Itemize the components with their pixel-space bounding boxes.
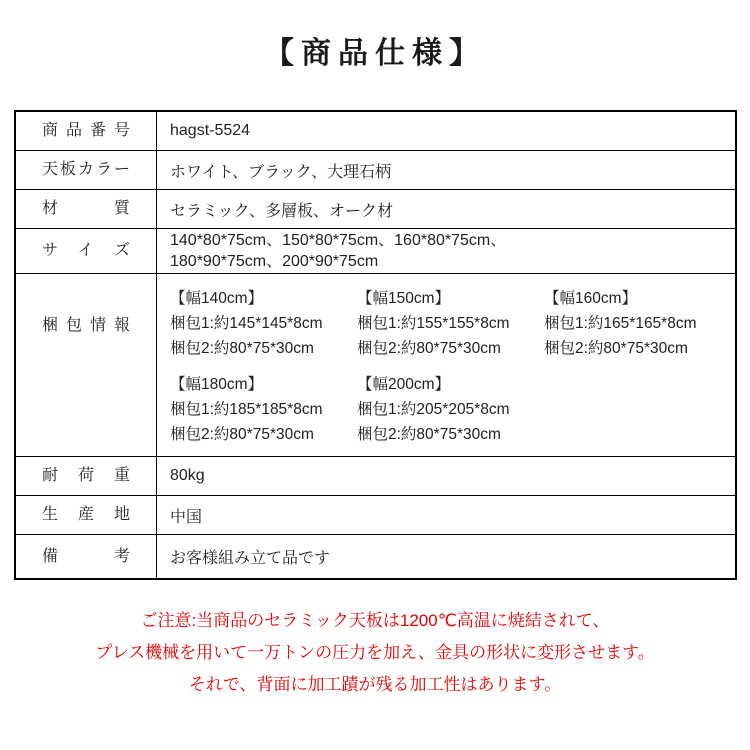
row-label-load-capacity: 耐荷重 bbox=[42, 466, 130, 486]
row-label-material: 材質 bbox=[42, 199, 130, 219]
caution-line-3: それで、背面に加工蹟が残る加工性はあります。 bbox=[0, 669, 750, 701]
packing-line-1: 梱包1:約165*165*8cm bbox=[544, 311, 731, 336]
remarks-value: お客様組み立て品です bbox=[170, 545, 735, 568]
item-number-value: hagst-5524 bbox=[170, 122, 735, 140]
table-row-origin: 生産地 中国 bbox=[16, 496, 735, 535]
table-row-item-number: 商品番号 hagst-5524 bbox=[16, 112, 735, 151]
packing-block-140: 【幅140cm】 梱包1:約145*145*8cm 梱包2:約80*75*30c… bbox=[170, 286, 357, 361]
row-label-cell: 商品番号 bbox=[16, 112, 157, 150]
page-title: 【商品仕様】 bbox=[0, 0, 750, 72]
row-label-size: サイズ bbox=[42, 241, 130, 261]
size-value-line-2: 180*90*75cm、200*90*75cm bbox=[170, 251, 735, 272]
table-row-material: 材質 セラミック、多層板、オーク材 bbox=[16, 190, 735, 229]
row-label-top-color: 天板カラー bbox=[42, 160, 130, 180]
material-value: セラミック、多層板、オーク材 bbox=[170, 198, 735, 221]
origin-value: 中国 bbox=[170, 504, 735, 527]
packing-line-2: 梱包2:約80*75*30cm bbox=[170, 336, 357, 361]
packing-block-200: 【幅200cm】 梱包1:約205*205*8cm 梱包2:約80*75*30c… bbox=[357, 372, 544, 447]
caution-line-1: ご注意:当商品のセラミック天板は1200℃高温に焼結されて、 bbox=[0, 605, 750, 637]
row-value-top-color: ホワイト、ブラック、大理石柄 bbox=[157, 151, 735, 189]
row-value-item-number: hagst-5524 bbox=[157, 112, 735, 150]
packing-block-150: 【幅150cm】 梱包1:約155*155*8cm 梱包2:約80*75*30c… bbox=[357, 286, 544, 361]
row-value-origin: 中国 bbox=[157, 496, 735, 534]
packing-line-2: 梱包2:約80*75*30cm bbox=[357, 336, 544, 361]
packing-blocks: 【幅140cm】 梱包1:約145*145*8cm 梱包2:約80*75*30c… bbox=[170, 284, 735, 447]
packing-block-180: 【幅180cm】 梱包1:約185*185*8cm 梱包2:約80*75*30c… bbox=[170, 372, 357, 447]
table-row-top-color: 天板カラー ホワイト、ブラック、大理石柄 bbox=[16, 151, 735, 190]
caution-notice: ご注意:当商品のセラミック天板は1200℃高温に焼結されて、 プレス機械を用いて… bbox=[0, 605, 750, 701]
packing-header: 【幅200cm】 bbox=[357, 372, 544, 397]
packing-line-2: 梱包2:約80*75*30cm bbox=[544, 336, 731, 361]
caution-line-2: プレス機械を用いて一万トンの圧力を加え、金具の形状に変形させます。 bbox=[0, 637, 750, 669]
row-label-cell: 生産地 bbox=[16, 496, 157, 534]
packing-header: 【幅140cm】 bbox=[170, 286, 357, 311]
packing-block-160: 【幅160cm】 梱包1:約165*165*8cm 梱包2:約80*75*30c… bbox=[544, 286, 731, 361]
row-value-material: セラミック、多層板、オーク材 bbox=[157, 190, 735, 228]
table-row-remarks: 備考 お客様組み立て品です bbox=[16, 535, 735, 578]
row-label-item-number: 商品番号 bbox=[42, 121, 130, 141]
row-label-cell: 材質 bbox=[16, 190, 157, 228]
row-label-cell: 備考 bbox=[16, 535, 157, 578]
table-row-packing-info: 梱包情報 【幅140cm】 梱包1:約145*145*8cm 梱包2:約80*7… bbox=[16, 274, 735, 457]
top-color-value: ホワイト、ブラック、大理石柄 bbox=[170, 159, 735, 182]
packing-line-2: 梱包2:約80*75*30cm bbox=[357, 422, 544, 447]
packing-line-2: 梱包2:約80*75*30cm bbox=[170, 422, 357, 447]
product-spec-page: 【商品仕様】 商品番号 hagst-5524 天板カラー ホワイト、ブラック、大… bbox=[0, 0, 750, 750]
table-row-load-capacity: 耐荷重 80kg bbox=[16, 457, 735, 496]
table-row-size: サイズ 140*80*75cm、150*80*75cm、160*80*75cm、… bbox=[16, 229, 735, 274]
size-value-line-1: 140*80*75cm、150*80*75cm、160*80*75cm、 bbox=[170, 230, 735, 251]
packing-line-1: 梱包1:約185*185*8cm bbox=[170, 397, 357, 422]
row-label-packing-info: 梱包情報 bbox=[42, 316, 130, 336]
packing-header: 【幅180cm】 bbox=[170, 372, 357, 397]
load-capacity-value: 80kg bbox=[170, 467, 735, 485]
row-label-cell: サイズ bbox=[16, 229, 157, 273]
row-value-remarks: お客様組み立て品です bbox=[157, 535, 735, 578]
row-label-cell: 耐荷重 bbox=[16, 457, 157, 495]
packing-header: 【幅150cm】 bbox=[357, 286, 544, 311]
row-label-cell: 梱包情報 bbox=[16, 274, 157, 456]
packing-line-1: 梱包1:約155*155*8cm bbox=[357, 311, 544, 336]
row-value-packing-info: 【幅140cm】 梱包1:約145*145*8cm 梱包2:約80*75*30c… bbox=[157, 274, 735, 456]
row-value-size: 140*80*75cm、150*80*75cm、160*80*75cm、 180… bbox=[157, 229, 735, 273]
packing-line-1: 梱包1:約205*205*8cm bbox=[357, 397, 544, 422]
row-value-load-capacity: 80kg bbox=[157, 457, 735, 495]
row-label-origin: 生産地 bbox=[42, 505, 130, 525]
packing-line-1: 梱包1:約145*145*8cm bbox=[170, 311, 357, 336]
row-label-cell: 天板カラー bbox=[16, 151, 157, 189]
spec-table: 商品番号 hagst-5524 天板カラー ホワイト、ブラック、大理石柄 材質 … bbox=[14, 110, 737, 580]
packing-header: 【幅160cm】 bbox=[544, 286, 731, 311]
row-label-remarks: 備考 bbox=[42, 547, 130, 567]
